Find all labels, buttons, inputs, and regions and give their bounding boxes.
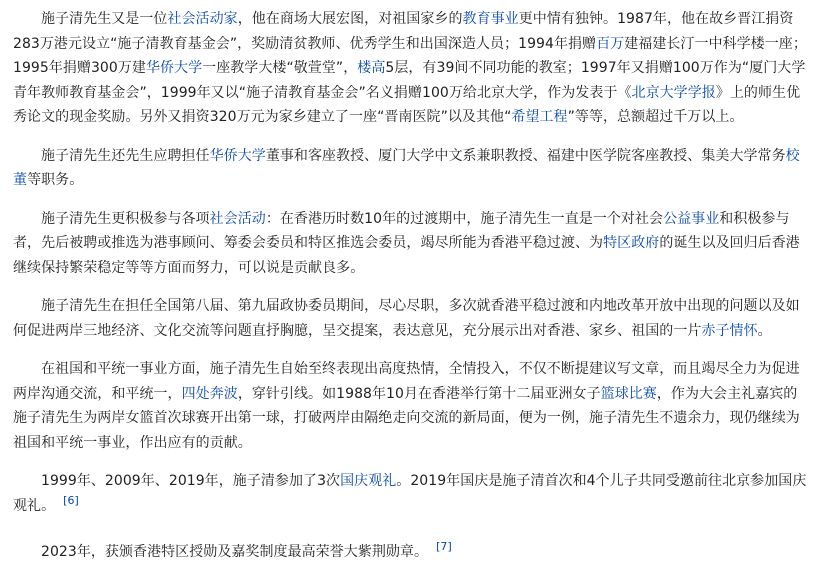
text: ：在香港历时数10年的过渡期中，施子清先生一直是一个对社会 <box>266 211 663 227</box>
text: 2023年，获颁香港特区授勋及嘉奖制度最高荣誉大紫荆勋章。 <box>41 544 428 560</box>
link-huaqiao-university[interactable]: 华侨大学 <box>210 148 266 164</box>
link-social-activities[interactable]: 社会活动 <box>210 211 266 227</box>
citation-link-7[interactable]: [7] <box>436 540 452 553</box>
text: ”等等，总额超过千万以上。 <box>568 109 744 125</box>
paragraph-reunification: 在祖国和平统一事业方面，施子清先生自始至终表现出高度热情，全情投入，不仅不断提建… <box>13 357 807 455</box>
link-project-hope[interactable]: 希望工程 <box>511 109 567 125</box>
text: ，他在商场大展宏图，对祖国家乡的 <box>238 11 463 27</box>
paragraph-academic-posts: 施子清先生还先生应聘担任华侨大学董事和客座教授、厦门大学中文系兼职教授、福建中医… <box>13 144 807 193</box>
link-national-day-ceremony[interactable]: 国庆观礼 <box>340 473 396 489</box>
text: 施子清先生又是一位 <box>41 11 167 27</box>
link-building-height[interactable]: 楼高 <box>357 60 385 76</box>
paragraph-national-day: 1999年、2009年、2019年，施子清参加了3次国庆观礼。2019年国庆是施… <box>13 469 807 518</box>
text: 施子清先生在担任全国第八届、第九届政协委员期间，尽心尽职，多次就香港平稳过渡和内… <box>13 298 800 339</box>
paragraph-philanthropy: 施子清先生又是一位社会活动家，他在商场大展宏图，对祖国家乡的教育事业更中情有独钟… <box>13 0 807 130</box>
paragraph-cppcc: 施子清先生在担任全国第八届、第九届政协委员期间，尽心尽职，多次就香港平稳过渡和内… <box>13 294 807 343</box>
link-social-activist[interactable]: 社会活动家 <box>167 11 237 27</box>
link-sar-government[interactable]: 特区政府 <box>603 235 659 251</box>
paragraph-medal: 2023年，获颁香港特区授勋及嘉奖制度最高荣誉大紫荆勋章。[7] <box>13 540 807 562</box>
link-huaqiao-university[interactable]: 华侨大学 <box>146 60 202 76</box>
text: 董事和客座教授、厦门大学中文系兼职教授、福建中医学院客座教授、集美大学常务 <box>266 148 786 164</box>
citation-link-6[interactable]: [6] <box>63 494 79 507</box>
text: ，穿针引线。如1988年10月在香港举行第十二届亚洲女子 <box>238 386 601 402</box>
paragraph-social-activities: 施子清先生更积极参与各项社会活动：在香港历时数10年的过渡期中，施子清先生一直是… <box>13 207 807 281</box>
article-body: 施子清先生又是一位社会活动家，他在商场大展宏图，对祖国家乡的教育事业更中情有独钟… <box>0 0 820 562</box>
citation-6: [6] <box>63 494 79 507</box>
link-rushing-around[interactable]: 四处奔波 <box>182 386 238 402</box>
link-public-welfare[interactable]: 公益事业 <box>663 211 719 227</box>
link-education-cause[interactable]: 教育事业 <box>463 11 519 27</box>
text: 施子清先生更积极参与各项 <box>41 211 210 227</box>
link-peking-university-journal[interactable]: 北京大学学报 <box>632 85 716 101</box>
link-patriotic-devotion[interactable]: 赤子情怀 <box>701 323 757 339</box>
link-basketball-game[interactable]: 篮球比赛 <box>601 386 657 402</box>
text: 1999年、2009年、2019年，施子清参加了3次 <box>41 473 340 489</box>
text: 一座教学大楼“敬萱堂”， <box>202 60 357 76</box>
link-million[interactable]: 百万 <box>596 36 624 52</box>
text: 等职务。 <box>27 172 83 188</box>
text: 施子清先生还先生应聘担任 <box>41 148 210 164</box>
citation-7: [7] <box>436 540 452 553</box>
text: 。 <box>758 323 772 339</box>
